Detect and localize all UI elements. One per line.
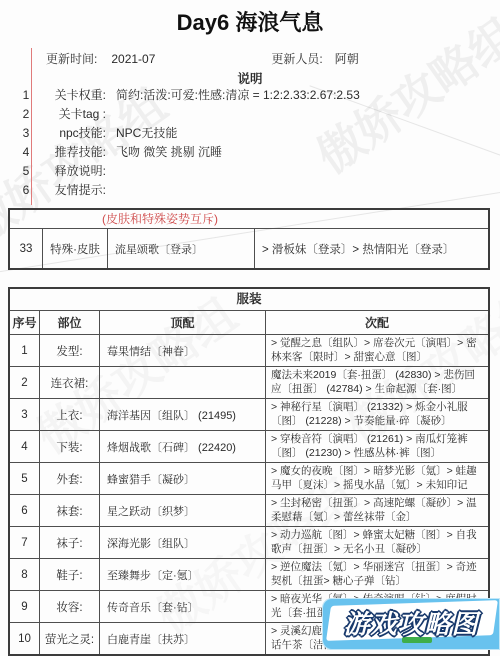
table-row: 2 连衣裙: 魔法未来2019〔套·扭蛋〕 (42830) > 悲伤回 应〔扭蛋… xyxy=(10,367,488,399)
cell-best: 莓果情结〔神眷〕 xyxy=(100,335,266,367)
table-row: 3 上衣: 海洋基因〔组队〕 (21495) > 神秘行星〔演唱〕 (21332… xyxy=(10,399,488,431)
cell-no: 5 xyxy=(10,463,40,495)
cell-no: 1 xyxy=(10,335,40,367)
cell-best: 蜂蜜猎手〔凝砂〕 xyxy=(100,463,266,495)
cell-part: 上衣: xyxy=(40,399,100,431)
header-no: 序号 xyxy=(10,311,40,335)
table-row: 1 发型: 莓果情结〔神眷〕 > 觉醒之息〔组队〕> 席卷次元〔演唱〕> 密 林… xyxy=(10,335,488,367)
note-label: 推荐技能: xyxy=(44,143,106,162)
cell-best: 烽烟战歌〔石碑〕 (22420) xyxy=(100,431,266,463)
cell-part: 妆容: xyxy=(40,591,100,623)
cell-no: 6 xyxy=(10,495,40,527)
cell-part: 发型: xyxy=(40,335,100,367)
note-label: 关卡tag : xyxy=(44,105,106,124)
cell-part: 鞋子: xyxy=(40,559,100,591)
cell-part: 连衣裙: xyxy=(40,367,100,399)
cell-no: 4 xyxy=(10,431,40,463)
note-number: 6 xyxy=(8,181,44,200)
table-row: 8 鞋子: 至臻舞步〔定·氪〕 > 逆位魔法〔氪〕> 华丽迷宫〔扭蛋〕> 奇迹 … xyxy=(10,559,488,591)
cell-secondary: > 觉醒之息〔组队〕> 席卷次元〔演唱〕> 密 林来客〔限时〕> 甜蜜心意〔图〕 xyxy=(266,335,488,367)
cell-best: 深海光影〔组队〕 xyxy=(100,527,266,559)
skin-row-number: 33 xyxy=(10,229,43,268)
note-number: 1 xyxy=(8,86,44,105)
outfit-header-row: 序号 部位 顶配 次配 xyxy=(10,311,488,335)
cell-best xyxy=(100,367,266,399)
updated-time-label: 更新时间: xyxy=(46,50,97,67)
cell-secondary: 魔法未来2019〔套·扭蛋〕 (42830) > 悲伤回 应〔扭蛋〕 (4278… xyxy=(266,367,488,399)
note-number: 5 xyxy=(8,162,44,181)
cell-best: 白鹿青崖〔扶苏〕 xyxy=(100,623,266,654)
note-row: 5 释放说明: xyxy=(8,162,478,181)
header-best: 顶配 xyxy=(100,311,266,335)
note-label: 释放说明: xyxy=(44,162,106,181)
cell-best: 传奇音乐〔套·钻〕 xyxy=(100,591,266,623)
skin-row-best: 流星颂歌〔登录〕 xyxy=(108,229,255,268)
cell-part: 萤光之灵: xyxy=(40,623,100,654)
note-label: 友情提示: xyxy=(44,181,106,200)
cell-secondary: > 尘封秘密〔扭蛋〕> 高速陀螺〔凝砂〕> 温 柔慰藉〔氪〕> 蕾丝袜带〔金〕 xyxy=(266,495,488,527)
note-label: npc技能: xyxy=(44,124,106,143)
meta-row: 更新时间: 2021-07 更新人员: 阿朝 xyxy=(8,50,359,67)
cell-best: 至臻舞步〔定·氪〕 xyxy=(100,559,266,591)
outfit-table-title: 服装 xyxy=(10,289,488,311)
cell-best: 星之跃动〔织梦〕 xyxy=(100,495,266,527)
skin-table: (皮肤和特殊姿势互斥) 33 特殊·皮肤 流星颂歌〔登录〕 > 滑板妹〔登录〕>… xyxy=(8,208,490,270)
note-value: NPC无技能 xyxy=(116,124,177,143)
guide-page: 傲娇攻略组 傲娇攻略组 傲娇攻略组 傲娇攻略组 傲娇攻略组 Day6 海浪气息 … xyxy=(0,0,500,656)
cell-no: 3 xyxy=(10,399,40,431)
table-row: 4 下装: 烽烟战歌〔石碑〕 (22420) > 穿梭音符〔演唱〕 (21261… xyxy=(10,431,488,463)
note-number: 4 xyxy=(8,143,44,162)
note-row: 6 友情提示: xyxy=(8,181,478,200)
page-title: Day6 海浪气息 xyxy=(0,6,500,37)
note-value: 飞吻 微笑 挑剔 沉睡 xyxy=(116,143,222,162)
cell-secondary: > 神秘行星〔演唱〕 (21332) > 烁金小礼服 〔图〕 (21228) >… xyxy=(266,399,488,431)
site-logo-watermark: 游戏攻略图 xyxy=(322,598,500,650)
cell-no: 10 xyxy=(10,623,40,654)
table-row: 5 外套: 蜂蜜猎手〔凝砂〕 > 魔女的夜晚〔图〕> 暗梦光影〔氪〕> 蛙趣 马… xyxy=(10,463,488,495)
skin-exclusive-notice: (皮肤和特殊姿势互斥) xyxy=(10,210,488,229)
note-number: 3 xyxy=(8,124,44,143)
editor-value: 阿朝 xyxy=(335,50,359,67)
editor-label: 更新人员: xyxy=(271,50,322,67)
note-row: 2 关卡tag : xyxy=(8,105,478,124)
cell-part: 外套: xyxy=(40,463,100,495)
cell-no: 7 xyxy=(10,527,40,559)
cell-no: 9 xyxy=(10,591,40,623)
skin-row-part: 特殊·皮肤 xyxy=(43,229,108,268)
notes-heading: 说明 xyxy=(0,69,500,87)
updated-time-value: 2021-07 xyxy=(111,52,155,66)
skin-row-secondary: > 滑板妹〔登录〕> 热情阳光〔登录〕 xyxy=(255,229,488,268)
note-label: 关卡权重: xyxy=(44,86,106,105)
note-row: 4 推荐技能: 飞吻 微笑 挑剔 沉睡 xyxy=(8,143,478,162)
note-row: 1 关卡权重: 简约:活泼:可爱:性感:清凉 = 1:2:2.33:2.67:2… xyxy=(8,86,478,105)
notes-list: 1 关卡权重: 简约:活泼:可爱:性感:清凉 = 1:2:2.33:2.67:2… xyxy=(8,86,478,200)
note-number: 2 xyxy=(8,105,44,124)
cell-secondary: > 动力巡航〔图〕> 蜂蜜太妃糖〔图〕> 自我 歌声〔扭蛋〕> 无名小丑〔凝砂〕 xyxy=(266,527,488,559)
note-row: 3 npc技能: NPC无技能 xyxy=(8,124,478,143)
cell-secondary: > 穿梭音符〔演唱〕 (21261) > 南瓜灯笼裤 〔图〕 (21230) >… xyxy=(266,431,488,463)
header-secondary: 次配 xyxy=(266,311,488,335)
cell-secondary: > 逆位魔法〔氪〕> 华丽迷宫〔扭蛋〕> 奇迹 契机〔扭蛋> 糖心子弹〔钻〕 xyxy=(266,559,488,591)
logo-text: 游戏攻略图 xyxy=(322,604,500,641)
cell-no: 2 xyxy=(10,367,40,399)
cell-secondary: > 魔女的夜晚〔图〕> 暗梦光影〔氪〕> 蛙趣 马甲〔夏沫〕> 摇曳水晶〔氪〕>… xyxy=(266,463,488,495)
cell-part: 袜套: xyxy=(40,495,100,527)
note-value: 简约:活泼:可爱:性感:清凉 = 1:2:2.33:2.67:2.53 xyxy=(116,86,360,105)
table-row: 6 袜套: 星之跃动〔织梦〕 > 尘封秘密〔扭蛋〕> 高速陀螺〔凝砂〕> 温 柔… xyxy=(10,495,488,527)
cell-no: 8 xyxy=(10,559,40,591)
cell-part: 袜子: xyxy=(40,527,100,559)
cell-part: 下装: xyxy=(40,431,100,463)
skin-table-row: 33 特殊·皮肤 流星颂歌〔登录〕 > 滑板妹〔登录〕> 热情阳光〔登录〕 xyxy=(10,229,488,268)
table-row: 7 袜子: 深海光影〔组队〕 > 动力巡航〔图〕> 蜂蜜太妃糖〔图〕> 自我 歌… xyxy=(10,527,488,559)
header-part: 部位 xyxy=(40,311,100,335)
cell-best: 海洋基因〔组队〕 (21495) xyxy=(100,399,266,431)
